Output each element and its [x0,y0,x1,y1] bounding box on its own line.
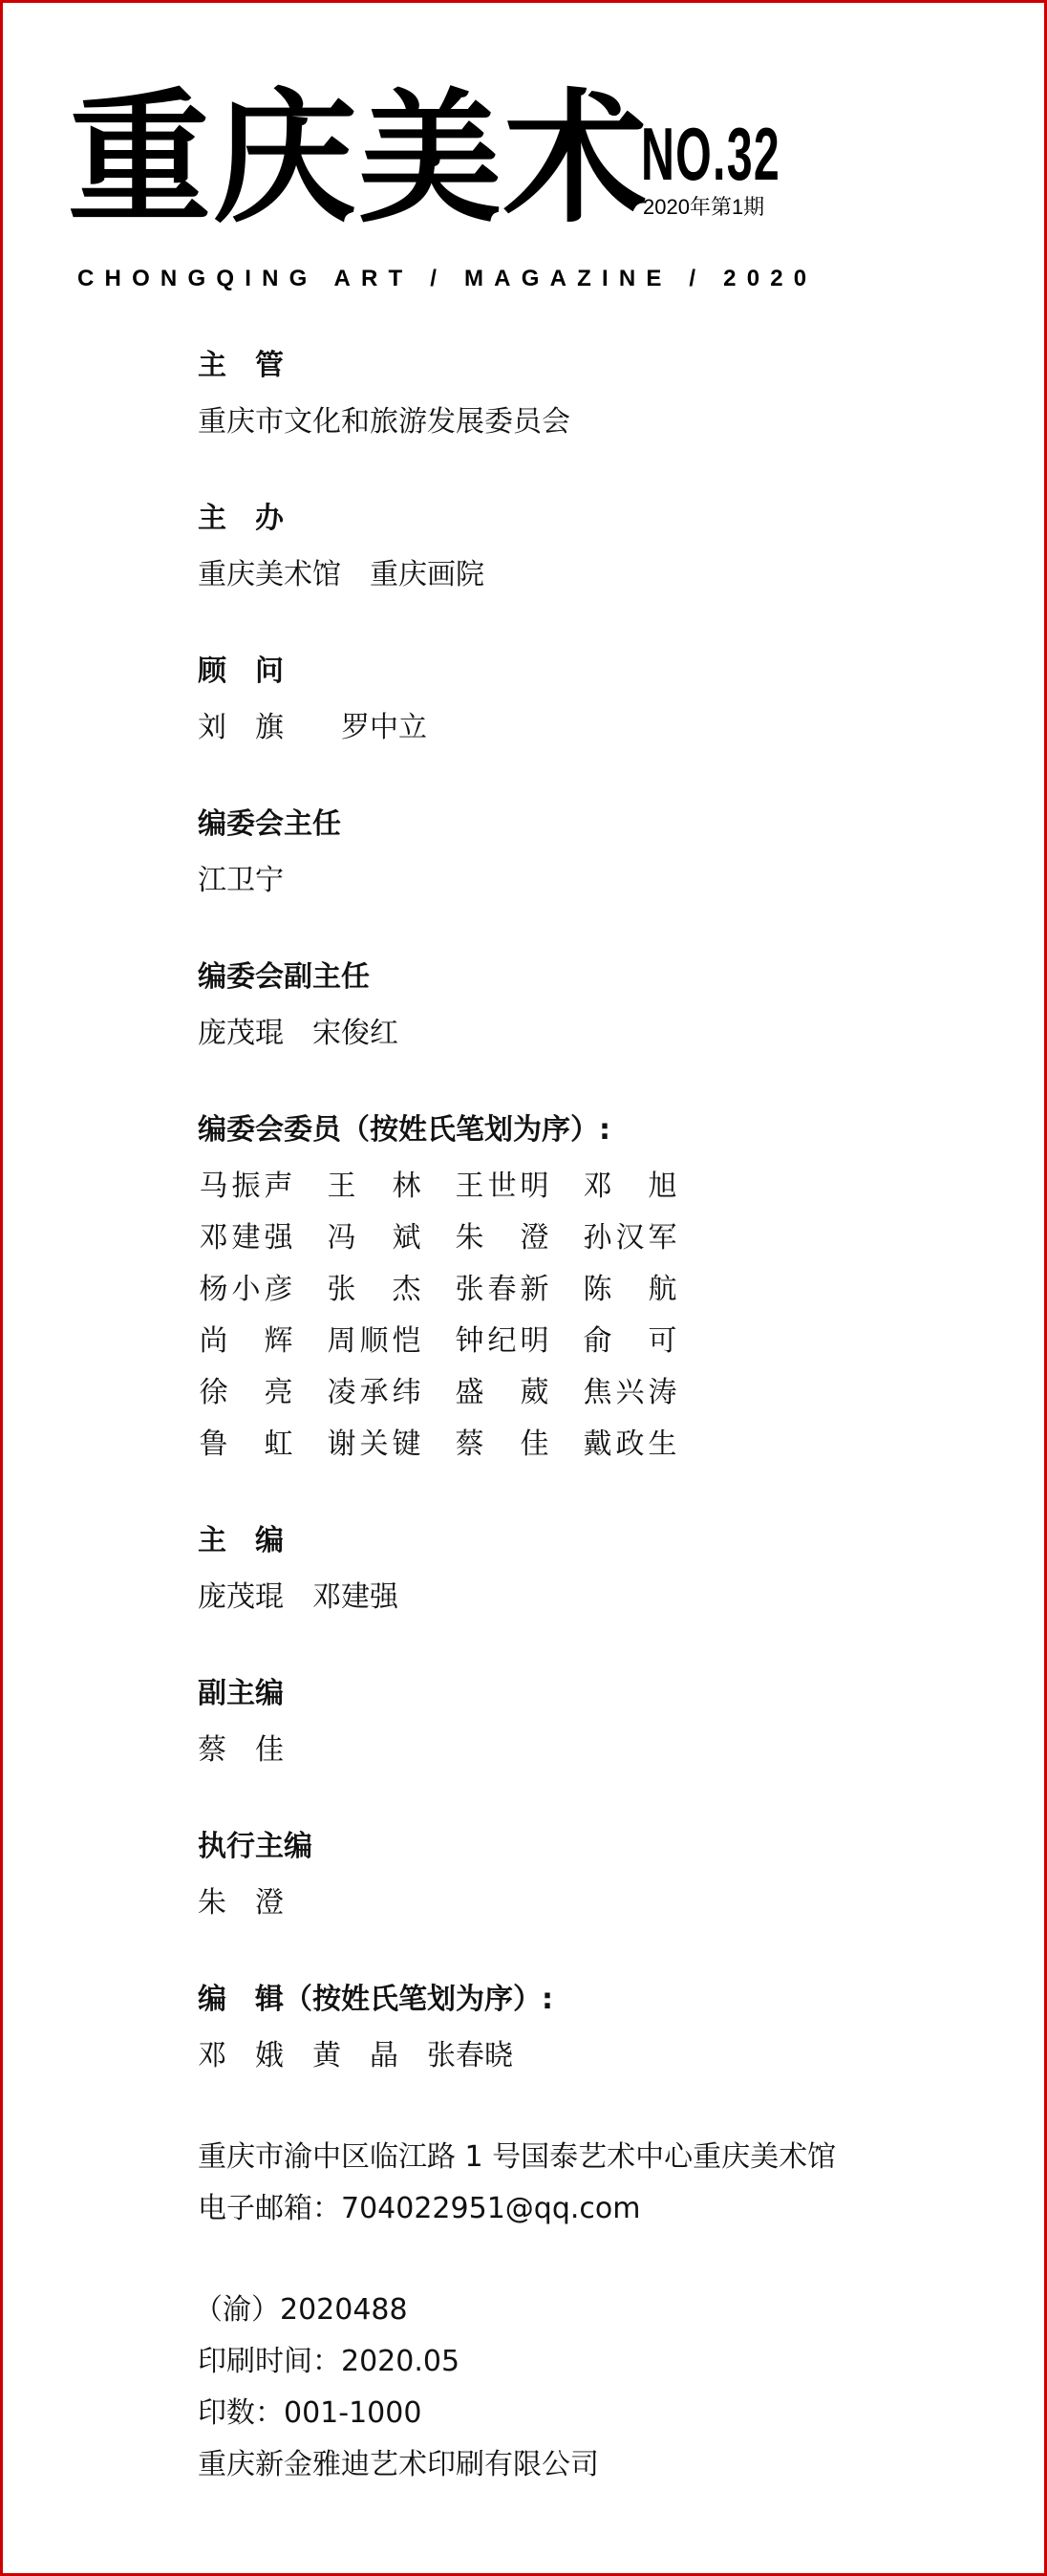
section-label: 主 办 [198,498,981,540]
member-name: 焦兴涛 [582,1367,678,1419]
member-name: 盛葳 [454,1367,550,1419]
member-name: 冯斌 [326,1213,422,1264]
email: 电子邮箱：704022951@qq.com [198,2183,981,2235]
section-value: 蔡 佳 [198,1725,981,1776]
issue-number: NO.32 [641,114,780,194]
section-label: 副主编 [198,1673,981,1715]
section-label: 主 管 [198,345,981,387]
license-number: （渝）2020488 [194,2285,981,2336]
members-grid: 马振声王林王世明邓旭邓建强冯斌朱澄孙汉军杨小彦张杰张春新陈航尚辉周顺恺钟纪明俞可… [198,1161,981,1470]
section-editor-in-chief: 主 编 庞茂琨 邓建强 [198,1520,981,1623]
member-name: 张春新 [454,1264,550,1316]
section-executive-editor: 执行主编 朱 澄 [198,1826,981,1929]
section-deputy-editor: 副主编 蔡 佳 [198,1673,981,1776]
address: 重庆市渝中区临江路 1 号国泰艺术中心重庆美术馆 [198,2132,981,2183]
member-name: 谢关键 [326,1419,422,1470]
section-editors: 编 辑（按姓氏笔划为序）: 邓 娥 黄 晶 张春晓 [198,1979,981,2082]
member-name: 尚辉 [198,1316,294,1367]
member-name: 张杰 [326,1264,422,1316]
section-label: 编 辑（按姓氏笔划为序）: [198,1979,981,2021]
member-name: 周顺恺 [326,1316,422,1367]
member-name: 戴政生 [582,1419,678,1470]
member-name: 王林 [326,1161,422,1213]
section-advisor: 顾 问 刘 旗 罗中立 [198,651,981,754]
member-name: 孙汉军 [582,1213,678,1264]
credits-content: 主 管 重庆市文化和旅游发展委员会 主 办 重庆美术馆 重庆画院 顾 问 刘 旗… [198,345,981,2541]
section-label: 编委会副主任 [198,956,981,998]
member-name: 凌承纬 [326,1367,422,1419]
section-value: 重庆美术馆 重庆画院 [198,549,981,601]
section-value: 刘 旗 罗中立 [198,702,981,754]
member-name: 杨小彦 [198,1264,294,1316]
section-sponsor: 主 办 重庆美术馆 重庆画院 [198,498,981,601]
contact-block: 重庆市渝中区临江路 1 号国泰艺术中心重庆美术馆 电子邮箱：704022951@… [198,2132,981,2235]
member-row: 徐亮凌承纬盛葳焦兴涛 [198,1367,981,1419]
section-value: 邓 娥 黄 晶 张春晓 [198,2030,981,2082]
section-supervisor: 主 管 重庆市文化和旅游发展委员会 [198,345,981,448]
member-name: 蔡佳 [454,1419,550,1470]
section-label: 主 编 [198,1520,981,1562]
section-committee-director: 编委会主任 江卫宁 [198,804,981,907]
section-value: 庞茂琨 邓建强 [198,1572,981,1623]
issue-date: 2020年第1期 [643,194,764,221]
member-name: 朱澄 [454,1213,550,1264]
printer-name: 重庆新金雅迪艺术印刷有限公司 [198,2439,981,2491]
print-run: 印数：001-1000 [198,2388,981,2439]
member-row: 尚辉周顺恺钟纪明俞可 [198,1316,981,1367]
member-name: 鲁虹 [198,1419,294,1470]
member-name: 邓旭 [582,1161,678,1213]
member-row: 邓建强冯斌朱澄孙汉军 [198,1213,981,1264]
member-name: 徐亮 [198,1367,294,1419]
magazine-title: 重庆美术 [68,77,649,240]
section-label: 编委会主任 [198,804,981,846]
print-info-block: （渝）2020488 印刷时间：2020.05 印数：001-1000 重庆新金… [198,2285,981,2491]
member-name: 邓建强 [198,1213,294,1264]
section-label: 执行主编 [198,1826,981,1868]
member-name: 俞可 [582,1316,678,1367]
section-committee-deputy-director: 编委会副主任 庞茂琨 宋俊红 [198,956,981,1060]
member-name: 马振声 [198,1161,294,1213]
section-label: 顾 问 [198,651,981,693]
member-name: 陈航 [582,1264,678,1316]
member-name: 王世明 [454,1161,550,1213]
print-date: 印刷时间：2020.05 [198,2336,981,2388]
masthead-page: 重庆美术 NO.32 2020年第1期 CHONGQING ART / MAGA… [0,0,1047,2576]
member-row: 马振声王林王世明邓旭 [198,1161,981,1213]
section-value: 重庆市文化和旅游发展委员会 [198,397,981,448]
section-committee-members: 编委会委员（按姓氏笔划为序）: 马振声王林王世明邓旭邓建强冯斌朱澄孙汉军杨小彦张… [198,1109,981,1470]
section-value: 江卫宁 [198,855,981,907]
section-value: 朱 澄 [198,1878,981,1929]
member-name: 钟纪明 [454,1316,550,1367]
magazine-subtitle: CHONGQING ART / MAGAZINE / 2020 [77,265,817,293]
section-label: 编委会委员（按姓氏笔划为序）: [198,1109,981,1151]
section-value: 庞茂琨 宋俊红 [198,1008,981,1060]
member-row: 杨小彦张杰张春新陈航 [198,1264,981,1316]
member-row: 鲁虹谢关键蔡佳戴政生 [198,1419,981,1470]
